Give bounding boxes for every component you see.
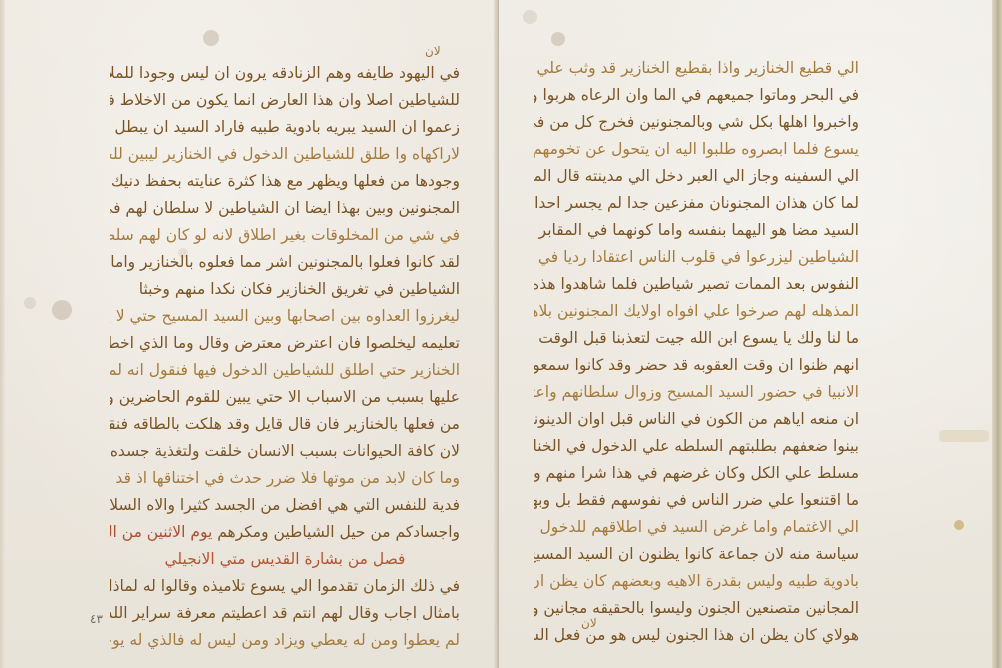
text-line: الخنازير حتي اطلق للشياطين الدخول فيها ف… [110, 357, 460, 384]
stain [52, 300, 72, 320]
left-page-text: في اليهود طايفه وهم الزنادقه يرون ان ليس… [110, 60, 460, 654]
text-fragment: واجسادكم من حيل الشياطين ومكرهم [217, 523, 460, 541]
text-line: السيد مضا هو اليهما بنفسه واما كونهما في… [534, 217, 859, 244]
text-line: الانبيا في حضور السيد المسيح وزوال سلطان… [534, 379, 859, 406]
manuscript-spread: لان في اليهود طايفه وهم الزنادقه يرون ان… [0, 0, 1002, 668]
text-line: لما كان هذان المجنونان مفزعين جدا لم يجس… [534, 190, 859, 217]
text-line: يسوع فلما ابصروه طلبوا اليه ان يتحول عن … [534, 136, 859, 163]
text-line: ان منعه اياهم من الكون في الناس قبل اوان… [534, 406, 859, 433]
catchword-top: لان [425, 44, 441, 58]
text-line: لان كافة الحيوانات بسبب الانسان خلقت ولت… [110, 438, 460, 465]
text-line: بادوية طبيه وليس بقدرة الاهيه وبعضهم كان… [534, 568, 859, 595]
text-line: وجودها من فعلها ويظهر مع هذا كثرة عنايته… [110, 168, 460, 195]
text-line: النفوس بعد الممات تصير شياطين فلما شاهدو… [534, 271, 859, 298]
text-line: بينوا ضعفهم بطلبتهم السلطه علي الدخول في… [534, 433, 859, 460]
text-line: واخبروا اهلها بكل شي وبالمجنونين فخرج كل… [534, 109, 859, 136]
folio-number: ٤٣ [90, 612, 103, 626]
text-line: انهم ظنوا ان وقت العقوبه قد حضر وقد كانو… [534, 352, 859, 379]
text-line: المذهله لهم صرخوا علي افواه اولايك المجن… [534, 298, 859, 325]
text-line: وما كان لابد من موتها فلا ضرر حدث في اخت… [110, 465, 460, 492]
text-line: الي قطيع الخنازير واذا بقطيع الخنازير قد… [534, 55, 859, 82]
text-line: الشياطين ليزرعوا في قلوب الناس اعتقادا ر… [534, 244, 859, 271]
text-line: الشياطين في تغريق الخنازير فكان نكدا منه… [110, 276, 460, 303]
stain [523, 10, 537, 24]
text-line: من فعلها بالخنازير فان قال قايل وقد هلكت… [110, 411, 460, 438]
text-line: ما لنا ولك يا يسوع ابن الله جيت لتعذبنا … [534, 325, 859, 352]
text-line: في شي من المخلوقات بغير اطلاق لانه لو كا… [110, 222, 460, 249]
text-line: تعليمه ليخلصوا فان اعترض معترض وقال وما … [110, 330, 460, 357]
text-line: المجنونين وبين بهذا ايضا ان الشياطين لا … [110, 195, 460, 222]
text-line: لم يعطوا ومن له يعطي ويزاد ومن ليس له فا… [110, 627, 460, 654]
text-line: ليغرزوا العداوه بين اصحابها وبين السيد ا… [110, 303, 460, 330]
text-line: فدية للنفس التي هي افضل من الجسد كثيرا و… [110, 492, 460, 519]
text-line-with-rubric: واجسادكم من حيل الشياطين ومكرهم يوم الاث… [110, 519, 460, 546]
stain [954, 520, 964, 530]
left-page: لان في اليهود طايفه وهم الزنادقه يرون ان… [0, 0, 498, 668]
right-page-edge [992, 0, 1002, 668]
text-line: الي السفينه وجاز الي العبر دخل الي مدينت… [534, 163, 859, 190]
text-line: في البحر وماتوا جميعهم في الما وان الرعا… [534, 82, 859, 109]
text-line: للشياطين اصلا وان هذا العارض انما يكون م… [110, 87, 460, 114]
text-line: ما اقتنعوا علي ضرر الناس في نفوسهم فقط ب… [534, 487, 859, 514]
water-stain [939, 430, 989, 442]
text-line: في اليهود طايفه وهم الزنادقه يرون ان ليس… [110, 60, 460, 87]
stain [24, 297, 36, 309]
text-line: لقد كانوا فعلوا بالمجنونين اشر مما فعلوه… [110, 249, 460, 276]
stain [203, 30, 219, 46]
right-page-text: الي قطيع الخنازير واذا بقطيع الخنازير قد… [534, 55, 859, 649]
text-line: سياسة منه لان جماعة كانوا يظنون ان السيد… [534, 541, 859, 568]
section-heading: فصل من بشارة القديس متي الانجيلي [110, 546, 460, 573]
catchword-bottom: لان [581, 616, 597, 630]
text-line: مسلط علي الكل وكان غرضهم في هذا شرا منهم… [534, 460, 859, 487]
text-line: زعموا ان السيد يبريه بادوية طبيه فاراد ا… [110, 114, 460, 141]
rubric-inline: يوم الاثنين من الجمعة الثانية بعد العنصر… [110, 523, 212, 541]
text-line: عليها بسبب من الاسباب الا حتي يبين للقوم… [110, 384, 460, 411]
text-line: لاراكهاه وا طلق للشياطين الدخول في الخنا… [110, 141, 460, 168]
text-line: بامثال اجاب وقال لهم انتم قد اعطيتم معرف… [110, 600, 460, 627]
text-line: في ذلك الزمان تقدموا الي يسوع تلاميذه وق… [110, 573, 460, 600]
stain [551, 32, 565, 46]
right-page: الي قطيع الخنازير واذا بقطيع الخنازير قد… [499, 0, 1002, 668]
text-line: الي الاغتمام واما غرض السيد في اطلاقهم ل… [534, 514, 859, 541]
left-page-edge [0, 0, 5, 668]
